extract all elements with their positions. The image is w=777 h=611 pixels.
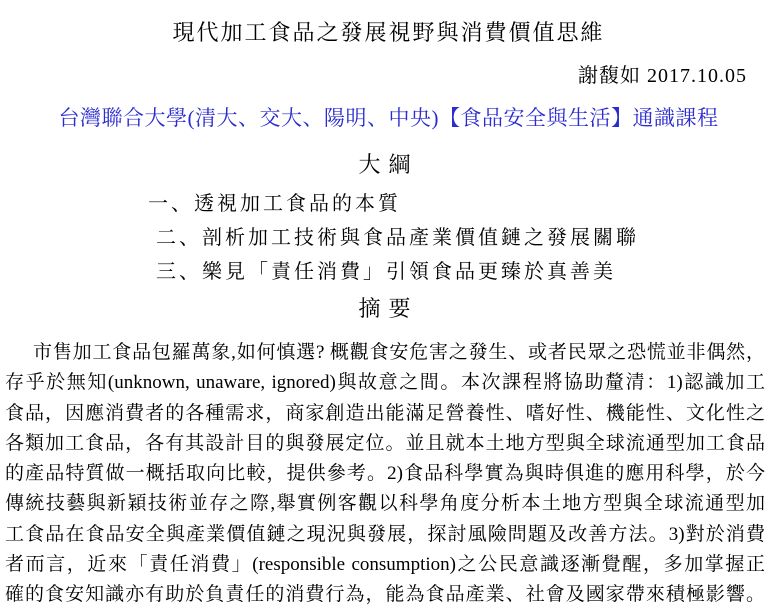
outline-heading: 大綱 bbox=[0, 149, 777, 180]
abstract-line: 各類加工食品，各有其設計目的與發展定位。並且就本土地方型與全球流通型加工食品 bbox=[5, 429, 765, 459]
outline-item: 三、樂見「責任消費」引領食品更臻於真善美 bbox=[156, 259, 777, 286]
document-page: 現代加工食品之發展視野與消費價值思維 謝馥如 2017.10.05 台灣聯合大學… bbox=[0, 0, 777, 611]
abstract-line: 工食品在食品安全與產業價值鏈之現況與發展，探討風險問題及改善方法。3)對於消費 bbox=[5, 520, 765, 550]
abstract-line: 傳統技藝與新穎技術並存之際,舉實例客觀以科學角度分析本土地方型與全球流通型加 bbox=[5, 489, 765, 519]
abstract-line: 者而言，近來「責任消費」(responsible consumption)之公民… bbox=[5, 550, 765, 580]
byline: 謝馥如 2017.10.05 bbox=[0, 64, 777, 88]
outline-item: 二、剖析加工技術與食品產業價值鏈之發展關聯 bbox=[156, 225, 777, 252]
abstract-paragraph: 市售加工食品包羅萬象,如何慎選? 概觀食安危害之發生、或者民眾之恐慌並非偶然， … bbox=[0, 338, 777, 611]
outline-item: 一、透視加工食品的本質 bbox=[148, 191, 777, 218]
abstract-heading: 摘要 bbox=[0, 293, 777, 324]
document-title: 現代加工食品之發展視野與消費價值思維 bbox=[0, 0, 777, 48]
abstract-line: 市售加工食品包羅萬象,如何慎選? 概觀食安危害之發生、或者民眾之恐慌並非偶然， bbox=[5, 338, 765, 368]
abstract-line: 確的食安知識亦有助於負責任的消費行為，能為食品產業、社會及國家帶來積極影響。 bbox=[5, 580, 765, 610]
abstract-line: 食品，因應消費者的各種需求，商家創造出能滿足營養性、嗜好性、機能性、文化性之 bbox=[5, 399, 765, 429]
abstract-line: 存乎於無知(unknown, unaware, ignored)與故意之間。本次… bbox=[5, 368, 765, 398]
course-line: 台灣聯合大學(清大、交大、陽明、中央)【食品安全與生活】通識課程 bbox=[0, 105, 777, 132]
abstract-line: 的產品特質做一概括取向比較，提供參考。2)食品科學實為與時俱進的應用科學，於今 bbox=[5, 459, 765, 489]
outline-list: 一、透視加工食品的本質 二、剖析加工技術與食品產業價值鏈之發展關聯 三、樂見「責… bbox=[0, 191, 777, 286]
